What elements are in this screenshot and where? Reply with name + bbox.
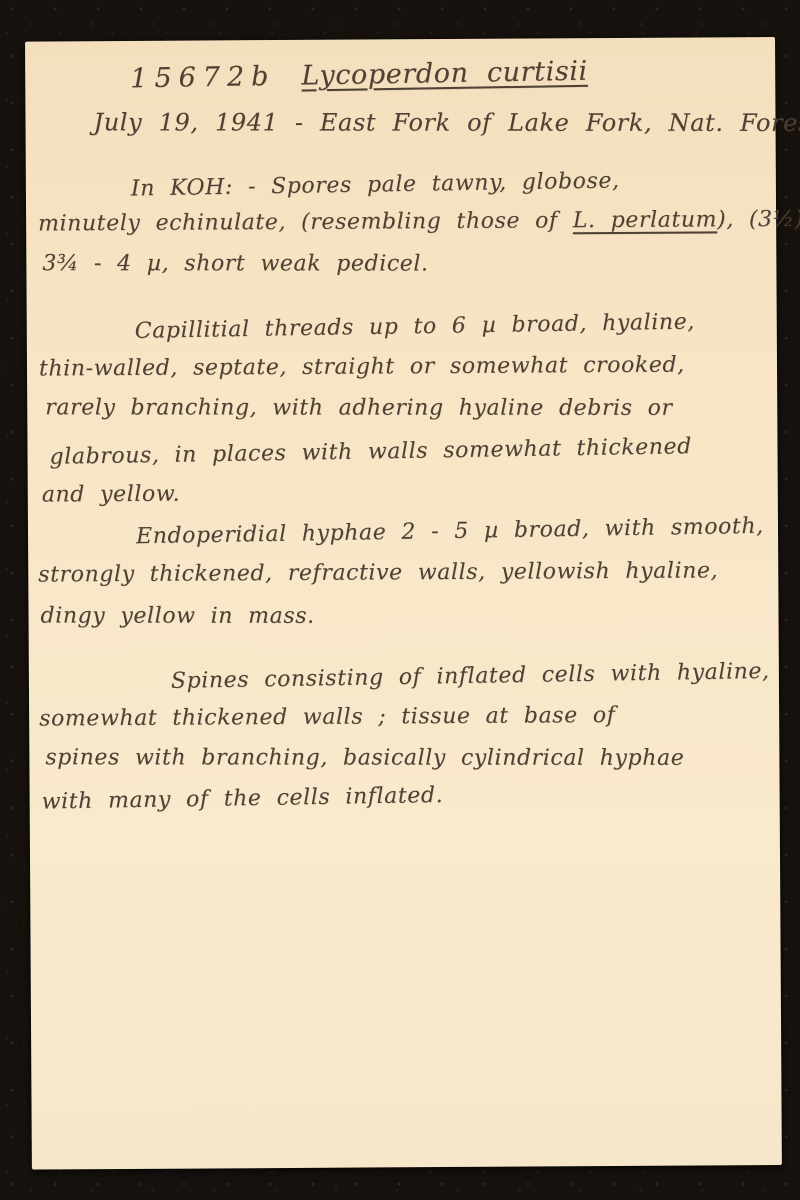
collection-number: 15672b [130, 61, 276, 94]
koh-line-2: minutely echinulate, (resembling those o… [38, 207, 800, 237]
capillitium-line-5: and yellow. [42, 482, 181, 508]
capillitium-line-3: rarely branching, with adhering hyaline … [45, 395, 672, 421]
koh-line-1: In KOH: - Spores pale tawny, globose, [131, 168, 620, 201]
capillitium-line-1: Capillitial threads up to 6 µ broad, hya… [135, 310, 696, 344]
spines-line-3: spines with branching, basically cylindr… [45, 745, 684, 771]
capillitium-line-2: thin-walled, septate, straight or somewh… [39, 353, 685, 382]
koh-line-2-post: ), (3½) [717, 207, 800, 233]
koh-line-3: 3¾ - 4 µ, short weak pedicel. [42, 251, 428, 276]
date-location-line: July 19, 1941 - East Fork of Lake Fork, … [94, 108, 800, 137]
species-name: Lycoperdon curtisii [301, 56, 588, 92]
card-heading: 15672bLycoperdon curtisii [130, 56, 588, 95]
spines-line-1: Spines consisting of inflated cells with… [171, 659, 770, 694]
compared-species-name: L. perlatum [573, 207, 717, 233]
specimen-note-card: 15672bLycoperdon curtisii July 19, 1941 … [25, 37, 782, 1170]
endoperidium-line-1: Endoperidial hyphae 2 - 5 µ broad, with … [136, 514, 764, 549]
capillitium-line-4: glabrous, in places with walls somewhat … [49, 434, 692, 470]
photo-background: 15672bLycoperdon curtisii July 19, 1941 … [0, 0, 800, 1200]
koh-line-2-pre: minutely echinulate, (resembling those o… [38, 208, 573, 236]
spines-line-2: somewhat thickened walls ; tissue at bas… [39, 703, 615, 732]
endoperidium-line-2: strongly thickened, refractive walls, ye… [38, 558, 718, 587]
endoperidium-line-3: dingy yellow in mass. [41, 604, 315, 629]
spines-line-4: with many of the cells inflated. [41, 783, 443, 815]
